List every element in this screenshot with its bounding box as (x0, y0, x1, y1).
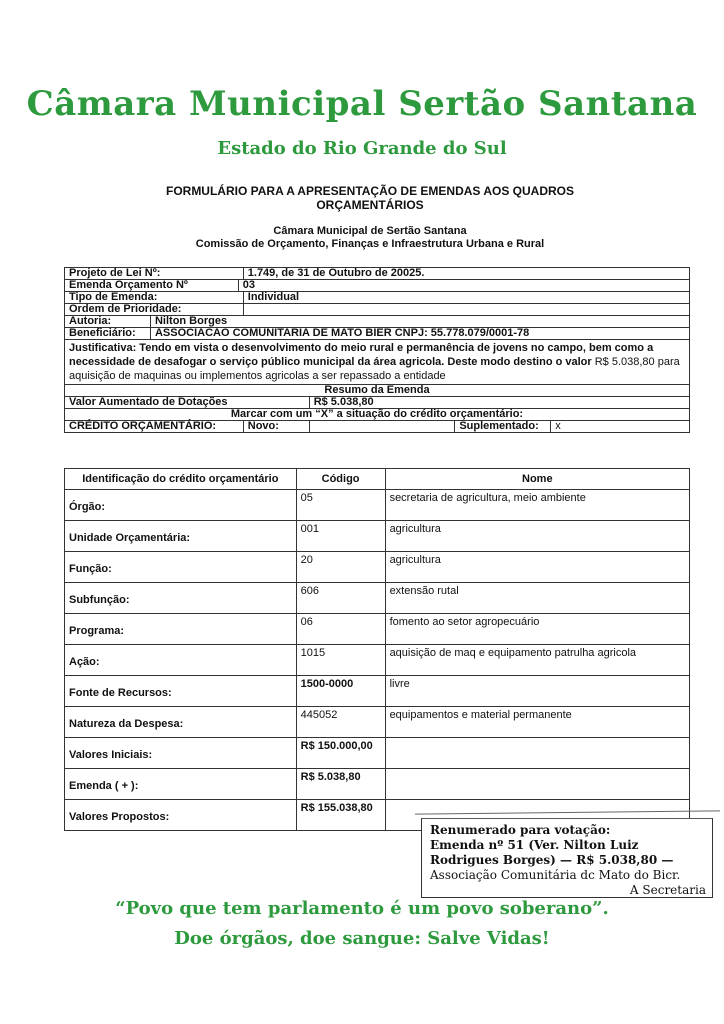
credit-table-header: Identificação do crédito orçamentário Có… (65, 469, 690, 490)
org-name: Câmara Municipal de Sertão Santana (150, 225, 590, 238)
row-label: Valores Iniciais: (65, 738, 297, 769)
header-identificacao: Identificação do crédito orçamentário (65, 469, 297, 490)
chamber-title: Câmara Municipal Sertão Santana (0, 84, 724, 124)
row-label: Ação: (65, 645, 297, 676)
table-row: Órgão:05secretaria de agricultura, meio … (65, 490, 690, 521)
beneficiario-label: Beneficiário: (65, 328, 151, 340)
table-row: Ação:1015aquisição de maq e equipamento … (65, 645, 690, 676)
renumbering-stamp: Renumerado para votação: Emenda nº 51 (V… (421, 818, 713, 898)
suplementado-label: Suplementado: (455, 421, 551, 433)
form-title-line2: ORÇAMENTÁRIOS (150, 198, 590, 212)
row-ordem: Ordem de Prioridade: (65, 304, 690, 316)
amendment-info-table: Projeto de Lei Nº: 1.749, de 31 de Outub… (64, 267, 690, 433)
stamp-line3: Rodrigues Borges) — R$ 5.038,80 — (430, 853, 706, 868)
valor-aumentado-value: R$ 5.038,80 (309, 397, 689, 409)
row-name: secretaria de agricultura, meio ambiente (385, 490, 689, 521)
table-row: Unidade Orçamentária:001agricultura (65, 521, 690, 552)
justificativa: Justificativa: Tendo em vista o desenvol… (65, 340, 690, 385)
row-emenda: Emenda Orçamento Nº 03 (65, 280, 690, 292)
credit-identification-table: Identificação do crédito orçamentário Có… (64, 468, 690, 831)
row-projeto: Projeto de Lei Nº: 1.749, de 31 de Outub… (65, 268, 690, 280)
stamp-line1: Renumerado para votação: (430, 823, 706, 838)
row-label: Subfunção: (65, 583, 297, 614)
form-title-line1: FORMULÁRIO PARA A APRESENTAÇÃO DE EMENDA… (150, 184, 590, 198)
table-row: Natureza da Despesa:445052equipamentos e… (65, 707, 690, 738)
stamp-line5: A Secretaria (430, 883, 706, 898)
marcar-instruction: Marcar com um “X” a situação do crédito … (65, 409, 690, 421)
stamp-line4: Associação Comunitária dc Mato do Bicr. (430, 868, 706, 883)
row-code: 445052 (296, 707, 385, 738)
row-label: Natureza da Despesa: (65, 707, 297, 738)
autoria-value: Nilton Borges (150, 316, 689, 328)
row-label: Órgão: (65, 490, 297, 521)
table-row: Função:20agricultura (65, 552, 690, 583)
row-name: fomento ao setor agropecuário (385, 614, 689, 645)
stamp-line2: Emenda nº 51 (Ver. Nilton Luiz (430, 838, 706, 853)
committee-name: Comissão de Orçamento, Finanças e Infrae… (150, 238, 590, 251)
row-code: 606 (296, 583, 385, 614)
row-name (385, 769, 689, 800)
row-code: 001 (296, 521, 385, 552)
row-name: aquisição de maq e equipamento patrulha … (385, 645, 689, 676)
row-label: Função: (65, 552, 297, 583)
row-name: livre (385, 676, 689, 707)
row-marcar: Marcar com um “X” a situação do crédito … (65, 409, 690, 421)
novo-checkbox[interactable] (309, 421, 455, 433)
row-label: Programa: (65, 614, 297, 645)
row-name: agricultura (385, 552, 689, 583)
valor-aumentado-label: Valor Aumentado de Dotações (65, 397, 310, 409)
suplementado-checkbox[interactable]: x (551, 421, 690, 433)
row-code: 1015 (296, 645, 385, 676)
row-code: 20 (296, 552, 385, 583)
row-code: 05 (296, 490, 385, 521)
row-code: 1500-0000 (296, 676, 385, 707)
emenda-value: 03 (238, 280, 689, 292)
row-autoria: Autoria: Nilton Borges (65, 316, 690, 328)
ordem-value (243, 304, 689, 316)
table-row: Subfunção:606extensão rutal (65, 583, 690, 614)
row-valor-aumentado: Valor Aumentado de Dotações R$ 5.038,80 (65, 397, 690, 409)
form-title: FORMULÁRIO PARA A APRESENTAÇÃO DE EMENDA… (150, 184, 590, 212)
row-code: 06 (296, 614, 385, 645)
header-nome: Nome (385, 469, 689, 490)
emenda-label: Emenda Orçamento Nº (65, 280, 239, 292)
projeto-label: Projeto de Lei Nº: (65, 268, 244, 280)
beneficiario-value: ASSOCIACAO COMUNITARIA DE MATO BIER CNPJ… (150, 328, 689, 340)
row-beneficiario: Beneficiário: ASSOCIACAO COMUNITARIA DE … (65, 328, 690, 340)
row-tipo: Tipo de Emenda: Individual (65, 292, 690, 304)
autoria-label: Autoria: (65, 316, 151, 328)
row-justificativa: Justificativa: Tendo em vista o desenvol… (65, 340, 690, 385)
projeto-value: 1.749, de 31 de Outubro de 20025. (243, 268, 689, 280)
justificativa-bold: Justificativa: Tendo em vista o desenvol… (69, 342, 653, 368)
resumo-heading: Resumo da Emenda (65, 385, 690, 397)
row-label: Fonte de Recursos: (65, 676, 297, 707)
row-name: extensão rutal (385, 583, 689, 614)
footer-motto: “Povo que tem parlamento é um povo sober… (0, 898, 724, 919)
tipo-value: Individual (243, 292, 689, 304)
novo-label: Novo: (243, 421, 309, 433)
row-code: R$ 155.038,80 (296, 800, 385, 831)
row-name: agricultura (385, 521, 689, 552)
ordem-label: Ordem de Prioridade: (65, 304, 244, 316)
row-credito: CRÉDITO ORÇAMENTÁRIO: Novo: Suplementado… (65, 421, 690, 433)
row-label: Emenda ( + ): (65, 769, 297, 800)
table-row: Programa:06fomento ao setor agropecuário (65, 614, 690, 645)
table-row: Fonte de Recursos:1500-0000livre (65, 676, 690, 707)
footer-slogan: Doe órgãos, doe sangue: Salve Vidas! (0, 928, 724, 949)
credito-label: CRÉDITO ORÇAMENTÁRIO: (65, 421, 244, 433)
row-name: equipamentos e material permanente (385, 707, 689, 738)
state-subtitle: Estado do Rio Grande do Sul (0, 138, 724, 159)
row-resumo-heading: Resumo da Emenda (65, 385, 690, 397)
row-code: R$ 150.000,00 (296, 738, 385, 769)
row-label: Unidade Orçamentária: (65, 521, 297, 552)
row-name (385, 738, 689, 769)
tipo-label: Tipo de Emenda: (65, 292, 244, 304)
table-row: Emenda ( + ):R$ 5.038,80 (65, 769, 690, 800)
organization-block: Câmara Municipal de Sertão Santana Comis… (150, 225, 590, 251)
row-code: R$ 5.038,80 (296, 769, 385, 800)
header-codigo: Código (296, 469, 385, 490)
table-row: Valores Iniciais:R$ 150.000,00 (65, 738, 690, 769)
row-label: Valores Propostos: (65, 800, 297, 831)
